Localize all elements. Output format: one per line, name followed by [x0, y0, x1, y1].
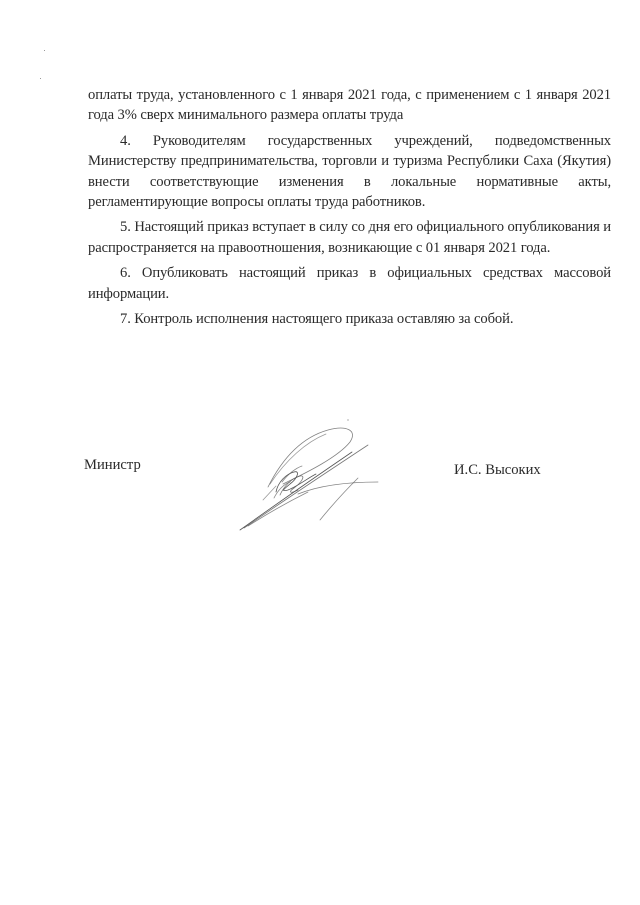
paragraph-continuation: оплаты труда, установленного с 1 января … [88, 85, 611, 126]
signatory-title: Министр [84, 457, 141, 474]
signatory-name: И.С. Высоких [454, 462, 541, 479]
paragraph-item-6: 6. Опубликовать настоящий приказ в офици… [88, 263, 611, 304]
document-page: оплаты труда, установленного с 1 января … [0, 0, 640, 905]
paragraph-item-5: 5. Настоящий приказ вступает в силу со д… [88, 217, 611, 258]
scan-speck [40, 78, 41, 79]
document-body: оплаты труда, установленного с 1 января … [88, 85, 611, 329]
paragraph-item-7: 7. Контроль исполнения настоящего приказ… [88, 309, 611, 329]
paragraph-item-4: 4. Руководителям государственных учрежде… [88, 131, 611, 213]
handwritten-signature-icon [228, 412, 388, 532]
scan-speck [44, 50, 45, 51]
